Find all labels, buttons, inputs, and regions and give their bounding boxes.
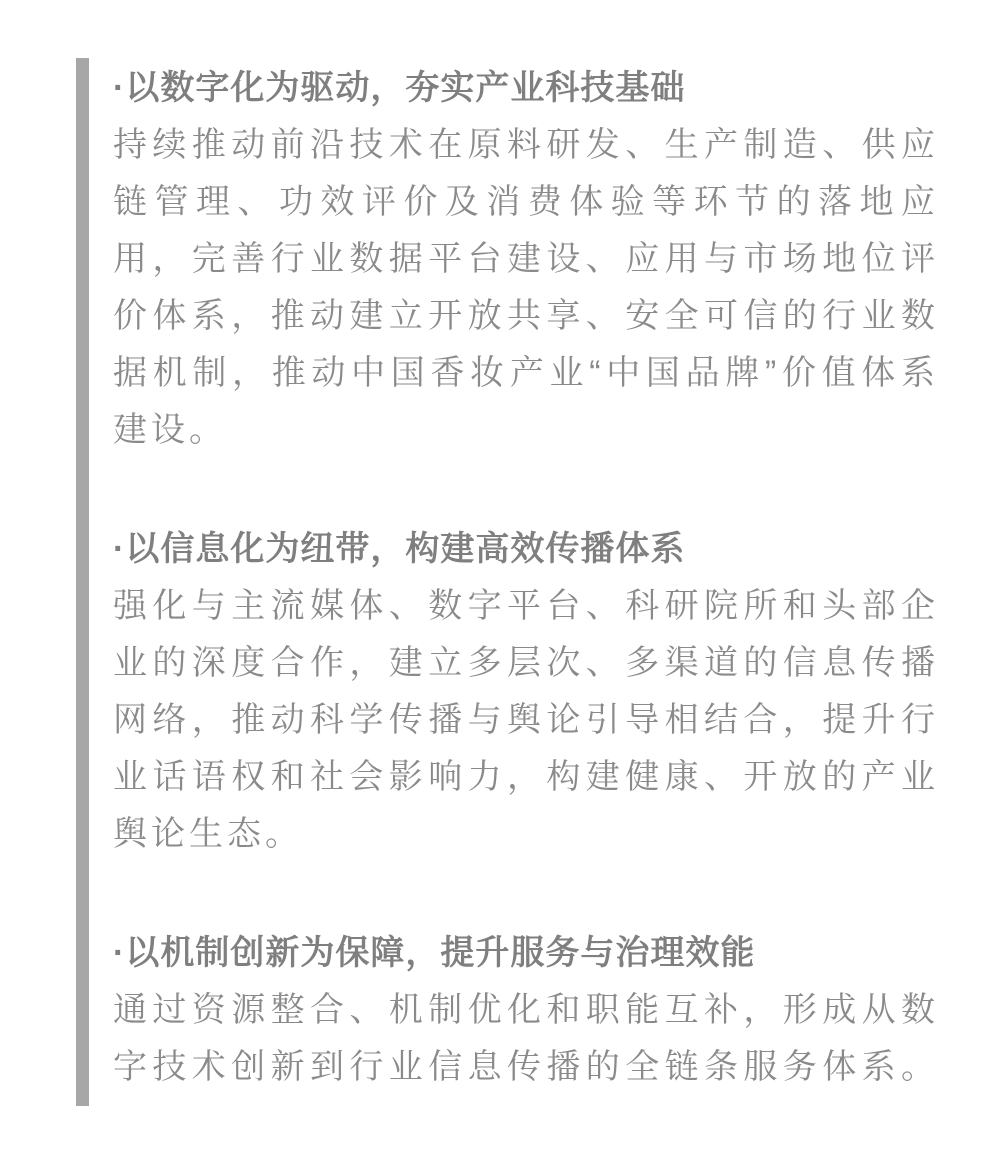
body-line: 据机制，推动中国香妆产业“中国品牌”价值体系	[113, 345, 935, 402]
section-informatization: ·以信息化为纽带，构建高效传播体系 强化与主流媒体、数字平台、科研院所和头部企 …	[113, 521, 935, 863]
body-line: 链管理、功效评价及消费体验等环节的落地应	[113, 174, 935, 231]
body-line: 持续推动前沿技术在原料研发、生产制造、供应	[113, 117, 935, 174]
body-line: 字技术创新到行业信息传播的全链条服务体系。	[113, 1039, 935, 1096]
body-line: 网络，推动科学传播与舆论引导相结合，提升行	[113, 692, 935, 749]
body-line: 舆论生态。	[113, 806, 935, 863]
body-line: 强化与主流媒体、数字平台、科研院所和头部企	[113, 578, 935, 635]
section-heading: ·以数字化为驱动，夯实产业科技基础	[113, 60, 935, 117]
body-line: 建设。	[113, 402, 935, 459]
section-digitalization: ·以数字化为驱动，夯实产业科技基础 持续推动前沿技术在原料研发、生产制造、供应 …	[113, 60, 935, 459]
body-line: 价体系，推动建立开放共享、安全可信的行业数	[113, 288, 935, 345]
accent-bar	[76, 58, 89, 1106]
article-page: ·以数字化为驱动，夯实产业科技基础 持续推动前沿技术在原料研发、生产制造、供应 …	[0, 0, 1000, 1170]
section-mechanism-innovation: ·以机制创新为保障，提升服务与治理效能 通过资源整合、机制优化和职能互补，形成从…	[113, 925, 935, 1096]
section-heading: ·以机制创新为保障，提升服务与治理效能	[113, 925, 935, 982]
body-line: 业的深度合作，建立多层次、多渠道的信息传播	[113, 635, 935, 692]
body-line: 通过资源整合、机制优化和职能互补，形成从数	[113, 982, 935, 1039]
section-heading: ·以信息化为纽带，构建高效传播体系	[113, 521, 935, 578]
body-line: 用，完善行业数据平台建设、应用与市场地位评	[113, 231, 935, 288]
body-line: 业话语权和社会影响力，构建健康、开放的产业	[113, 749, 935, 806]
article-content: ·以数字化为驱动，夯实产业科技基础 持续推动前沿技术在原料研发、生产制造、供应 …	[113, 60, 935, 1096]
